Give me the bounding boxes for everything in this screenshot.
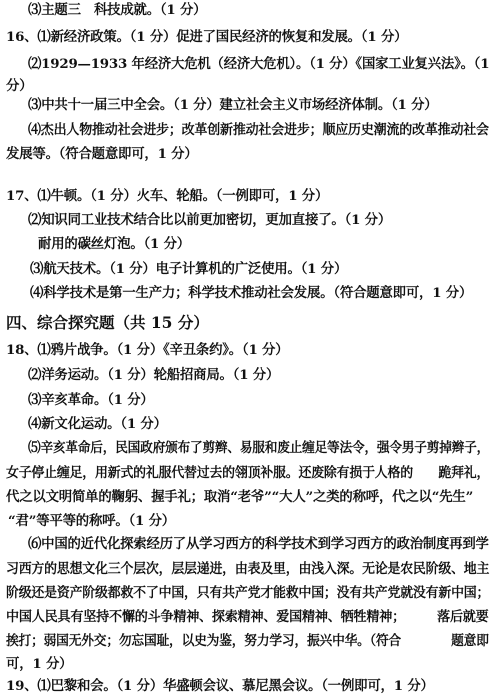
answer-line: ⑶辛亥革命。（1 分） (28, 392, 154, 408)
answer-line: 分） (6, 78, 32, 94)
answer-line: ⑵1929—1933 年经济大危机（经济大危机）。（1 分）《国家工业复兴法》。… (28, 56, 489, 72)
answer-line: ⑷科学技术是第一生产力；科学技术推动社会发展。（符合题意即可，1 分） (30, 285, 472, 301)
answer-line: 女子停止缠足，用新式的礼服代替过去的翎顶补服。还废除有损于人格的 跪拜礼， (6, 465, 489, 481)
answer-line: ⑷杰出人物推动社会进步；改革创新推动社会进步；顺应历史潮流的改革推动社会 (28, 122, 489, 138)
answer-line: 可，1 分） (6, 656, 72, 672)
answer-line: 代之以文明简单的鞠躬、握手礼；取消“老爷”“大人”之类的称呼，代之以“先生” (6, 489, 473, 505)
answer-line: 阶级还是资产阶级都救不了中国，只有共产党才能救中国；没有共产党就没有新中国； (6, 585, 489, 601)
answer-line: ⑶航天技术。（1 分）电子计算机的广泛使用。（1 分） (30, 261, 347, 277)
section-heading: 四、综合探究题（共 15 分） (6, 315, 209, 331)
answer-line: ⑵知识同工业技术结合比以前更加密切，更加直接了。（1 分） (28, 212, 391, 228)
answer-line: 挨打；弱国无外交；勿忘国耻，以史为鉴，努力学习，振兴中华。（符合 题意即 (6, 633, 489, 649)
answer-line: 17、⑴牛顿。（1 分）火车、轮船。（一例即可，1 分） (6, 188, 328, 204)
answer-line: “君”等平等的称呼。（1 分） (8, 513, 175, 529)
answer-line: ⑷新文化运动。（1 分） (28, 416, 167, 432)
answer-line: 发展等。（符合题意即可，1 分） (6, 146, 198, 162)
answer-line: 16、⑴新经济政策。（1 分）促进了国民经济的恢复和发展。（1 分） (6, 29, 407, 45)
answer-line: 中国人民具有坚持不懈的斗争精神、探索精神、爱国精神、牺牲精神； 落后就要 (6, 609, 489, 625)
answer-line: 习西方的思想文化三个层次，层层递进，由表及里，由浅入深。无论是农民阶级、地主 (6, 561, 489, 577)
answer-line: ⑶中共十一届三中全会。（1 分）建立社会主义市场经济体制。（1 分） (28, 97, 437, 113)
answer-line: ⑶主题三 科技成就。（1 分） (28, 2, 206, 18)
answer-line: 18、⑴鸦片战争。（1 分）《辛丑条约》。（1 分） (6, 342, 288, 358)
answer-line: 耐用的碳丝灯泡。（1 分） (38, 236, 190, 252)
answer-line: 19、⑴巴黎和会。（1 分）华盛顿会议、慕尼黑会议。（一例即可，1 分） (6, 678, 434, 694)
answer-line: ⑵洋务运动。（1 分）轮船招商局。（1 分） (28, 367, 279, 383)
answer-line: ⑸辛亥革命后，民国政府颁布了剪辫、易服和废止缠足等法令，强令男子剪掉辫子， (28, 440, 489, 456)
answer-line: ⑹中国的近代化探索经历了从学习西方的科学技术到学习西方的政治制度再到学 (28, 536, 489, 552)
